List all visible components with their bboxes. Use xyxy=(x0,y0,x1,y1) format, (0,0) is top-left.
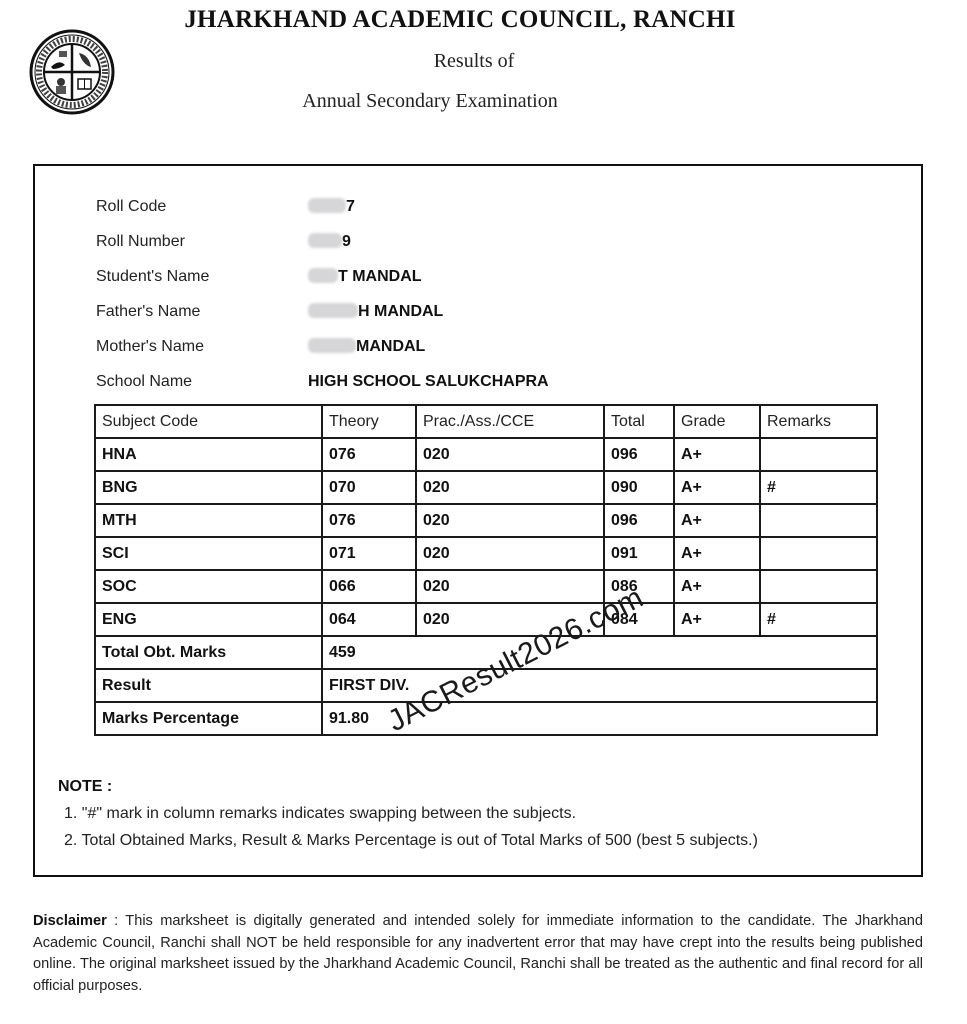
field-label: Mother's Name xyxy=(96,338,204,356)
header-remarks: Remarks xyxy=(760,405,877,438)
mother-name-value: MANDAL xyxy=(308,338,425,356)
practical-cell: 020 xyxy=(416,438,604,471)
header-subject-code: Subject Code xyxy=(95,405,322,438)
table-header-row: Subject Code Theory Prac./Ass./CCE Total… xyxy=(95,405,877,438)
theory-cell: 066 xyxy=(322,570,416,603)
table-row: BNG 070 020 090 A+ # xyxy=(95,471,877,504)
theory-cell: 064 xyxy=(322,603,416,636)
practical-cell: 020 xyxy=(416,504,604,537)
grade-cell: A+ xyxy=(674,603,760,636)
page-title: JHARKHAND ACADEMIC COUNCIL, RANCHI xyxy=(0,6,920,34)
summary-label: Marks Percentage xyxy=(95,702,322,735)
remarks-cell: # xyxy=(760,471,877,504)
grade-cell: A+ xyxy=(674,504,760,537)
grade-cell: A+ xyxy=(674,438,760,471)
redaction-blur xyxy=(308,198,346,213)
disclaimer-text: : This marksheet is digitally generated … xyxy=(33,913,923,994)
remarks-cell: # xyxy=(760,603,877,636)
summary-label: Total Obt. Marks xyxy=(95,636,322,669)
header-practical: Prac./Ass./CCE xyxy=(416,405,604,438)
theory-cell: 070 xyxy=(322,471,416,504)
redaction-blur xyxy=(308,233,342,248)
table-row: SOC 066 020 086 A+ xyxy=(95,570,877,603)
header-theory: Theory xyxy=(322,405,416,438)
field-label: Roll Code xyxy=(96,198,166,216)
disclaimer-label: Disclaimer xyxy=(33,913,107,929)
total-cell: 090 xyxy=(604,471,674,504)
table-row: ENG 064 020 084 A+ # xyxy=(95,603,877,636)
table-row: MTH 076 020 096 A+ xyxy=(95,504,877,537)
theory-cell: 071 xyxy=(322,537,416,570)
total-cell: 091 xyxy=(604,537,674,570)
father-name-value: H MANDAL xyxy=(308,303,443,321)
subject-cell: BNG xyxy=(95,471,322,504)
theory-cell: 076 xyxy=(322,438,416,471)
note-item: 1. "#" mark in column remarks indicates … xyxy=(64,805,576,823)
practical-cell: 020 xyxy=(416,570,604,603)
roll-number-value: 9 xyxy=(308,233,351,251)
subject-cell: MTH xyxy=(95,504,322,537)
grade-cell: A+ xyxy=(674,570,760,603)
subject-cell: HNA xyxy=(95,438,322,471)
jac-emblem-icon xyxy=(29,29,115,115)
redaction-blur xyxy=(308,338,356,353)
total-marks-value: 459 xyxy=(322,636,877,669)
percentage-row: Marks Percentage 91.80 xyxy=(95,702,877,735)
note-item: 2. Total Obtained Marks, Result & Marks … xyxy=(64,832,758,850)
table-row: HNA 076 020 096 A+ xyxy=(95,438,877,471)
field-label: Father's Name xyxy=(96,303,200,321)
school-name-value: HIGH SCHOOL SALUKCHAPRA xyxy=(308,373,549,391)
grade-cell: A+ xyxy=(674,471,760,504)
header-total: Total xyxy=(604,405,674,438)
table-row: SCI 071 020 091 A+ xyxy=(95,537,877,570)
redaction-blur xyxy=(308,268,338,283)
field-label: Student's Name xyxy=(96,268,209,286)
results-of-label: Results of xyxy=(384,50,564,73)
roll-code-value: 7 xyxy=(308,198,355,216)
grade-cell: A+ xyxy=(674,537,760,570)
field-label: School Name xyxy=(96,373,192,391)
student-name-value: T MANDAL xyxy=(308,268,422,286)
total-cell: 096 xyxy=(604,438,674,471)
remarks-cell xyxy=(760,570,877,603)
total-cell: 096 xyxy=(604,504,674,537)
disclaimer: Disclaimer : This marksheet is digitally… xyxy=(33,911,923,997)
subject-cell: ENG xyxy=(95,603,322,636)
subject-cell: SCI xyxy=(95,537,322,570)
field-label: Roll Number xyxy=(96,233,185,251)
redaction-blur xyxy=(308,303,358,318)
practical-cell: 020 xyxy=(416,537,604,570)
header-grade: Grade xyxy=(674,405,760,438)
remarks-cell xyxy=(760,504,877,537)
summary-label: Result xyxy=(95,669,322,702)
note-title: NOTE : xyxy=(58,778,112,796)
practical-cell: 020 xyxy=(416,471,604,504)
remarks-cell xyxy=(760,438,877,471)
theory-cell: 076 xyxy=(322,504,416,537)
remarks-cell xyxy=(760,537,877,570)
exam-name: Annual Secondary Examination xyxy=(250,90,610,113)
subject-cell: SOC xyxy=(95,570,322,603)
